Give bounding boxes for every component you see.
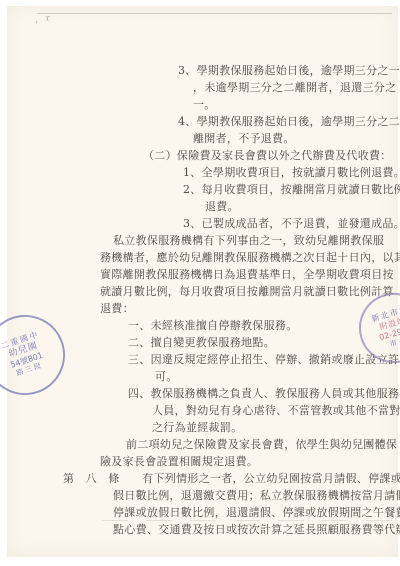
doc-line: （二）保險費及家長會費以外之代辦費及代收費： (143, 147, 400, 164)
scan-artifact-dashes (102, 520, 397, 521)
doc-line: 實際離開教保服務機構日為退費基準日，全學期收費項目按 (100, 266, 400, 283)
doc-line: 人員，對幼兒有身心虐待、不當管教或其他不當對待 (152, 402, 400, 419)
pen-mark: , r (34, 13, 53, 24)
scanned-page: , r 3、學期教保服務起始日後，逾學期三分之一 ，未逾學期三分之二離開者，退還… (0, 0, 400, 566)
doc-line: 一。 (193, 96, 400, 113)
doc-line: 退費。 (205, 198, 400, 215)
doc-line: 三、因違反規定經停止招生、停辦、撤銷或廢止設立許 (128, 351, 400, 368)
doc-line: 退費： (100, 300, 400, 317)
doc-line: 點心費、交通費及按日或按次計算之延長照顧服務費等代辦 (113, 521, 400, 538)
scan-edge-line (37, 13, 392, 14)
doc-line: 停課或放假日數比例，退還請假、停課或放假期間之午餐費、 (113, 504, 400, 521)
doc-line: 之行為並經裁罰。 (152, 419, 400, 436)
doc-line: 四、教保服務機構之負責人、教保服務人員或其他服務 (128, 385, 400, 402)
doc-line: 務機構者，應於幼兒離開教保服務機構之次日起十日內，以其 (100, 249, 400, 266)
doc-line: 3、已製成成品者，不予退費，並發還成品。 (183, 215, 400, 232)
paper-sheet: , r 3、學期教保服務起始日後，逾學期三分之一 ，未逾學期三分之二離開者，退還… (7, 6, 398, 557)
regulation-text-block: 3、學期教保服務起始日後，逾學期三分之一 ，未逾學期三分之二離開者，退還三分之 … (63, 62, 400, 538)
doc-line: 1、全學期收費項目，按就讀月數比例退費。 (183, 164, 400, 181)
doc-line-article-8: 第 八 條 有下列情形之一者，公立幼兒園按當月請假、停課或放 (63, 470, 400, 487)
doc-line: 前二項幼兒之保險費及家長會費，依學生與幼兒團體保 (126, 436, 400, 453)
doc-line: 就讀月數比例，每月收費項目按離開當月就讀日數比例計算 (100, 283, 400, 300)
doc-line: 險及家長會設置相關規定退費。 (100, 453, 400, 470)
doc-line: ，未逾學期三分之二離開者，退還三分之 (193, 79, 400, 96)
doc-line: 3、學期教保服務起始日後，逾學期三分之一 (178, 62, 400, 79)
doc-line: 假日數比例，退還繳交費用；私立教保服務機構按當月請假、 (113, 487, 400, 504)
doc-line: 私立教保服務機構有下列事由之一，致幼兒離開教保服 (113, 232, 400, 249)
doc-line: 4、學期教保服務起始日後，逾學期三分之二 (178, 113, 400, 130)
doc-line: 可。 (155, 368, 400, 385)
doc-line: 2、每月收費項目，按離開當月就讀日數比例 (183, 181, 400, 198)
doc-line: 離開者，不予退費。 (193, 130, 400, 147)
